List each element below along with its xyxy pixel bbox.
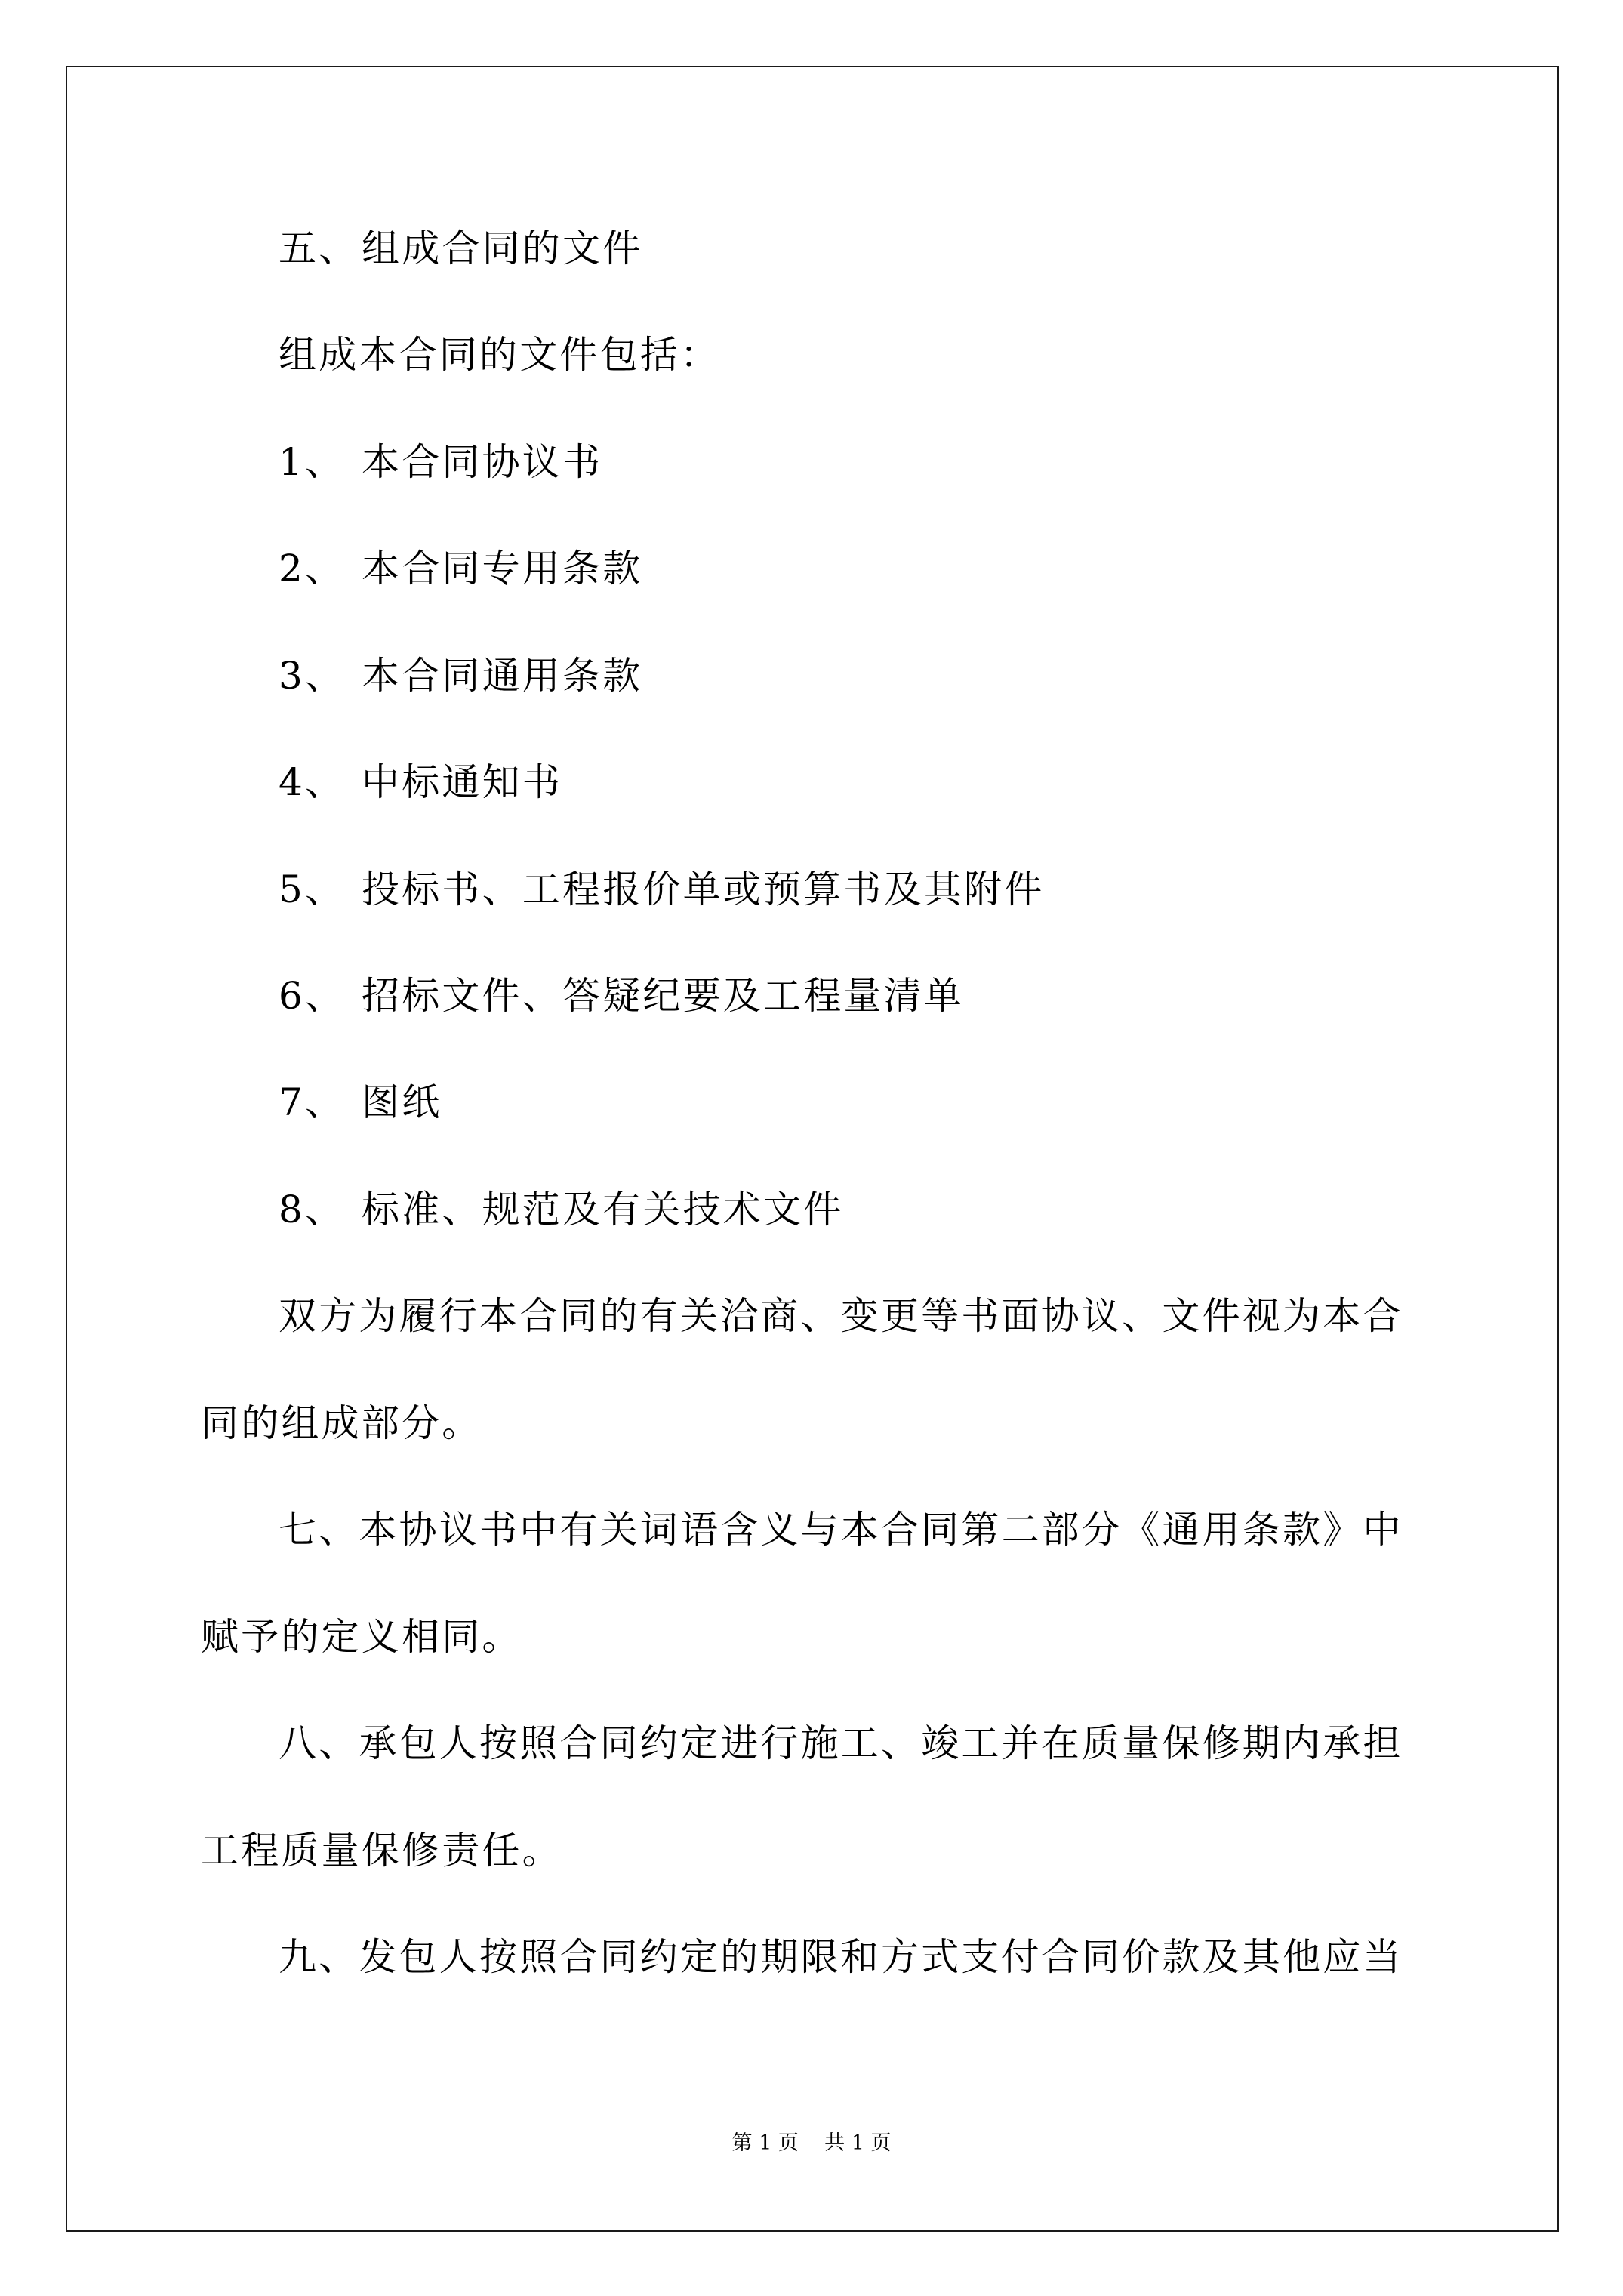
- list-item-number: 6、: [279, 973, 362, 1019]
- page-border: [66, 66, 1559, 2232]
- section-heading: 五、组成合同的文件: [279, 226, 642, 271]
- paragraph-line: 同的组成部分。: [201, 1401, 482, 1446]
- section-title: 组成合同的文件: [362, 227, 642, 270]
- list-item-text: 本合同通用条款: [362, 654, 642, 698]
- list-item-number: 3、: [279, 653, 362, 698]
- list-item: 5、投标书、工程报价单或预算书及其附件: [279, 867, 1044, 912]
- list-item: 8、标准、规范及有关技术文件: [279, 1187, 843, 1232]
- paragraph-line: 工程质量保修责任。: [201, 1828, 562, 1873]
- list-item-text: 本合同专用条款: [362, 547, 642, 590]
- list-item-text: 图纸: [362, 1080, 442, 1124]
- list-item-text: 本合同协议书: [362, 440, 602, 484]
- list-item: 6、招标文件、答疑纪要及工程量清单: [279, 973, 964, 1019]
- list-item-number: 8、: [279, 1187, 362, 1232]
- list-item: 3、本合同通用条款: [279, 653, 642, 698]
- list-item: 2、本合同专用条款: [279, 546, 642, 591]
- section-number: 五、: [279, 226, 362, 271]
- paragraph-line: 七、本协议书中有关词语含义与本合同第二部分《通用条款》中: [279, 1507, 1403, 1552]
- intro-text: 组成本合同的文件包括：: [279, 332, 720, 378]
- list-item-text: 投标书、工程报价单或预算书及其附件: [362, 868, 1044, 911]
- list-item: 7、图纸: [279, 1080, 442, 1125]
- paragraph-line: 赋予的定义相同。: [201, 1614, 522, 1660]
- paragraph-line: 九、发包人按照合同约定的期限和方式支付合同价款及其他应当: [279, 1934, 1403, 1980]
- list-item-text: 招标文件、答疑纪要及工程量清单: [362, 974, 964, 1018]
- list-item-text: 标准、规范及有关技术文件: [362, 1188, 843, 1231]
- paragraph-line: 八、承包人按照合同约定进行施工、竣工并在质量保修期内承担: [279, 1721, 1403, 1766]
- list-item: 4、中标通知书: [279, 760, 562, 805]
- list-item: 1、本合同协议书: [279, 439, 602, 485]
- list-item-number: 5、: [279, 867, 362, 912]
- page-footer: 第 1 页 共 1 页: [0, 2131, 1623, 2156]
- list-item-number: 1、: [279, 439, 362, 485]
- list-item-number: 2、: [279, 546, 362, 591]
- list-item-text: 中标通知书: [362, 760, 562, 804]
- list-item-number: 7、: [279, 1080, 362, 1125]
- paragraph-line: 双方为履行本合同的有关洽商、变更等书面协议、文件视为本合: [279, 1293, 1403, 1339]
- list-item-number: 4、: [279, 760, 362, 805]
